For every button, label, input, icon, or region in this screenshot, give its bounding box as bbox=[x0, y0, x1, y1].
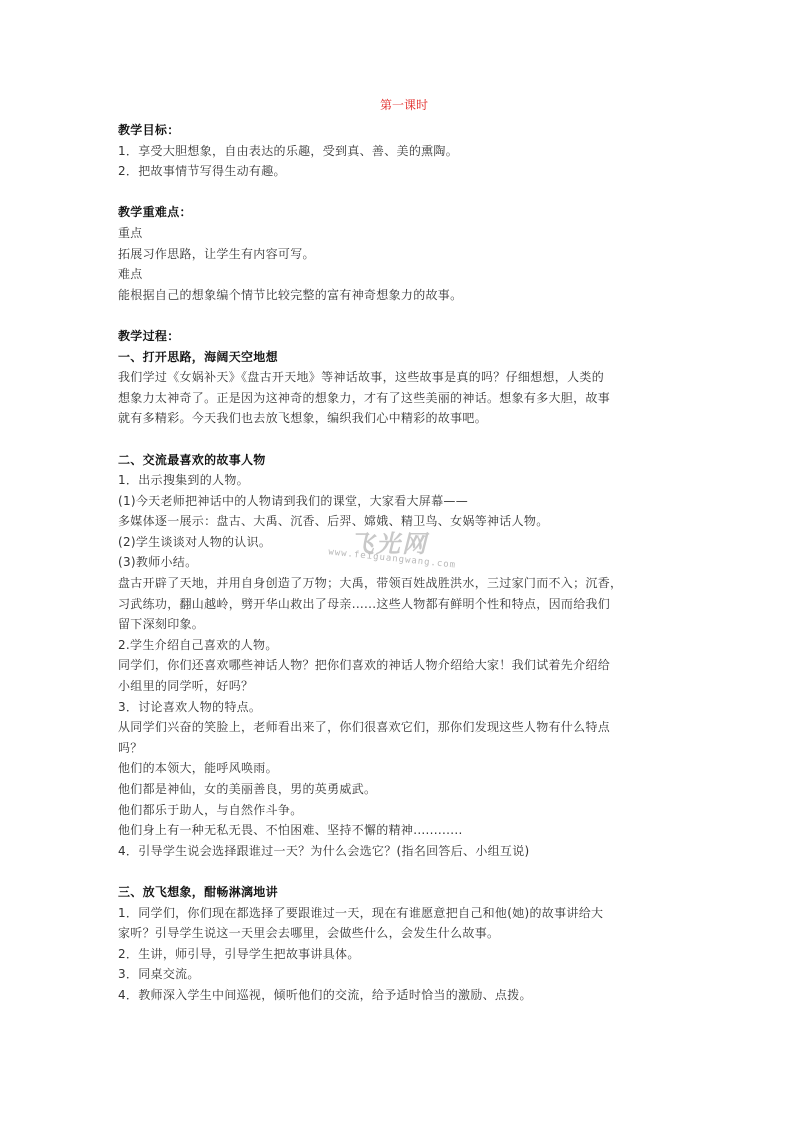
paragraph-line: 1．同学们，你们现在都选择了要跟谁过一天，现在有谁愿意把自己和他(她)的故事讲给… bbox=[118, 903, 688, 924]
paragraph-line: 3．讨论喜欢人物的特点。 bbox=[118, 697, 688, 718]
document-page: 第一课时 教学目标： 1．享受大胆想象，自由表达的乐趣，受到真、善、美的熏陶。 … bbox=[118, 98, 688, 1006]
section1-heading: 一、打开思路，海阔天空地想 bbox=[118, 347, 688, 368]
spacer bbox=[118, 305, 688, 326]
spacer bbox=[118, 429, 688, 450]
process-heading: 教学过程： bbox=[118, 326, 688, 347]
spacer bbox=[118, 182, 688, 203]
paragraph-line: 从同学们兴奋的笑脸上，老师看出来了，你们很喜欢它们，那你们发现这些人物有什么特点 bbox=[118, 717, 688, 738]
difficult-text: 能根据自己的想象编个情节比较完整的富有神奇想象力的故事。 bbox=[118, 285, 688, 306]
paragraph-line: 他们的本领大，能呼风唤雨。 bbox=[118, 758, 688, 779]
key-label: 重点 bbox=[118, 223, 688, 244]
section3-heading: 三、放飞想象，酣畅淋漓地讲 bbox=[118, 882, 688, 903]
paragraph-line: (1)今天老师把神话中的人物请到我们的课堂，大家看大屏幕—— bbox=[118, 491, 688, 512]
key-text: 拓展习作思路，让学生有内容可写。 bbox=[118, 244, 688, 265]
objectives-heading: 教学目标： bbox=[118, 120, 688, 141]
paragraph-line: 我们学过《女娲补天》《盘古开天地》等神话故事，这些故事是真的吗？仔细想想，人类的 bbox=[118, 367, 688, 388]
paragraph-line: 留下深刻印象。 bbox=[118, 614, 688, 635]
objective-item: 1．享受大胆想象，自由表达的乐趣，受到真、善、美的熏陶。 bbox=[118, 141, 688, 162]
paragraph-line: 他们都是神仙，女的美丽善良，男的英勇威武。 bbox=[118, 779, 688, 800]
paragraph-line: 1．出示搜集到的人物。 bbox=[118, 470, 688, 491]
paragraph-line: 4．引导学生说会选择跟谁过一天？为什么会选它？(指名回答后、小组互说) bbox=[118, 841, 688, 862]
difficult-label: 难点 bbox=[118, 264, 688, 285]
objective-item: 2．把故事情节写得生动有趣。 bbox=[118, 161, 688, 182]
paragraph-line: 2.学生介绍自己喜欢的人物。 bbox=[118, 635, 688, 656]
paragraph-line: 家听？引导学生说这一天里会去哪里，会做些什么，会发生什么故事。 bbox=[118, 923, 688, 944]
paragraph-line: 就有多精彩。今天我们也去放飞想象，编织我们心中精彩的故事吧。 bbox=[118, 408, 688, 429]
paragraph-line: 小组里的同学听，好吗？ bbox=[118, 676, 688, 697]
paragraph-line: 4．教师深入学生中间巡视，倾听他们的交流，给予适时恰当的激励、点拨。 bbox=[118, 985, 688, 1006]
paragraph-line: 他们身上有一种无私无畏、不怕困难、坚持不懈的精神............ bbox=[118, 820, 688, 841]
paragraph-line: 3．同桌交流。 bbox=[118, 964, 688, 985]
lesson-title: 第一课时 bbox=[118, 98, 688, 112]
paragraph-line: 他们都乐于助人，与自然作斗争。 bbox=[118, 800, 688, 821]
spacer bbox=[118, 861, 688, 882]
paragraph-line: 同学们，你们还喜欢哪些神话人物？把你们喜欢的神话人物介绍给大家！我们试着先介绍给 bbox=[118, 655, 688, 676]
paragraph-line: (3)教师小结。 bbox=[118, 552, 688, 573]
paragraph-line: 习武练功，翻山越岭，劈开华山救出了母亲......这些人物都有鲜明个性和特点，因… bbox=[118, 594, 688, 615]
paragraph-line: (2)学生谈谈对人物的认识。 bbox=[118, 532, 688, 553]
key-points-heading: 教学重难点： bbox=[118, 202, 688, 223]
paragraph-line: 2．生讲，师引导，引导学生把故事讲具体。 bbox=[118, 944, 688, 965]
section2-heading: 二、交流最喜欢的故事人物 bbox=[118, 450, 688, 471]
paragraph-line: 吗？ bbox=[118, 738, 688, 759]
paragraph-line: 想象力太神奇了。正是因为这神奇的想象力，才有了这些美丽的神话。想象有多大胆，故事 bbox=[118, 388, 688, 409]
paragraph-line: 多媒体逐一展示：盘古、大禹、沉香、后羿、嫦娥、精卫鸟、女娲等神话人物。 bbox=[118, 511, 688, 532]
paragraph-line: 盘古开辟了天地，并用自身创造了万物；大禹，带领百姓战胜洪水，三过家门而不入；沉香… bbox=[118, 573, 688, 594]
